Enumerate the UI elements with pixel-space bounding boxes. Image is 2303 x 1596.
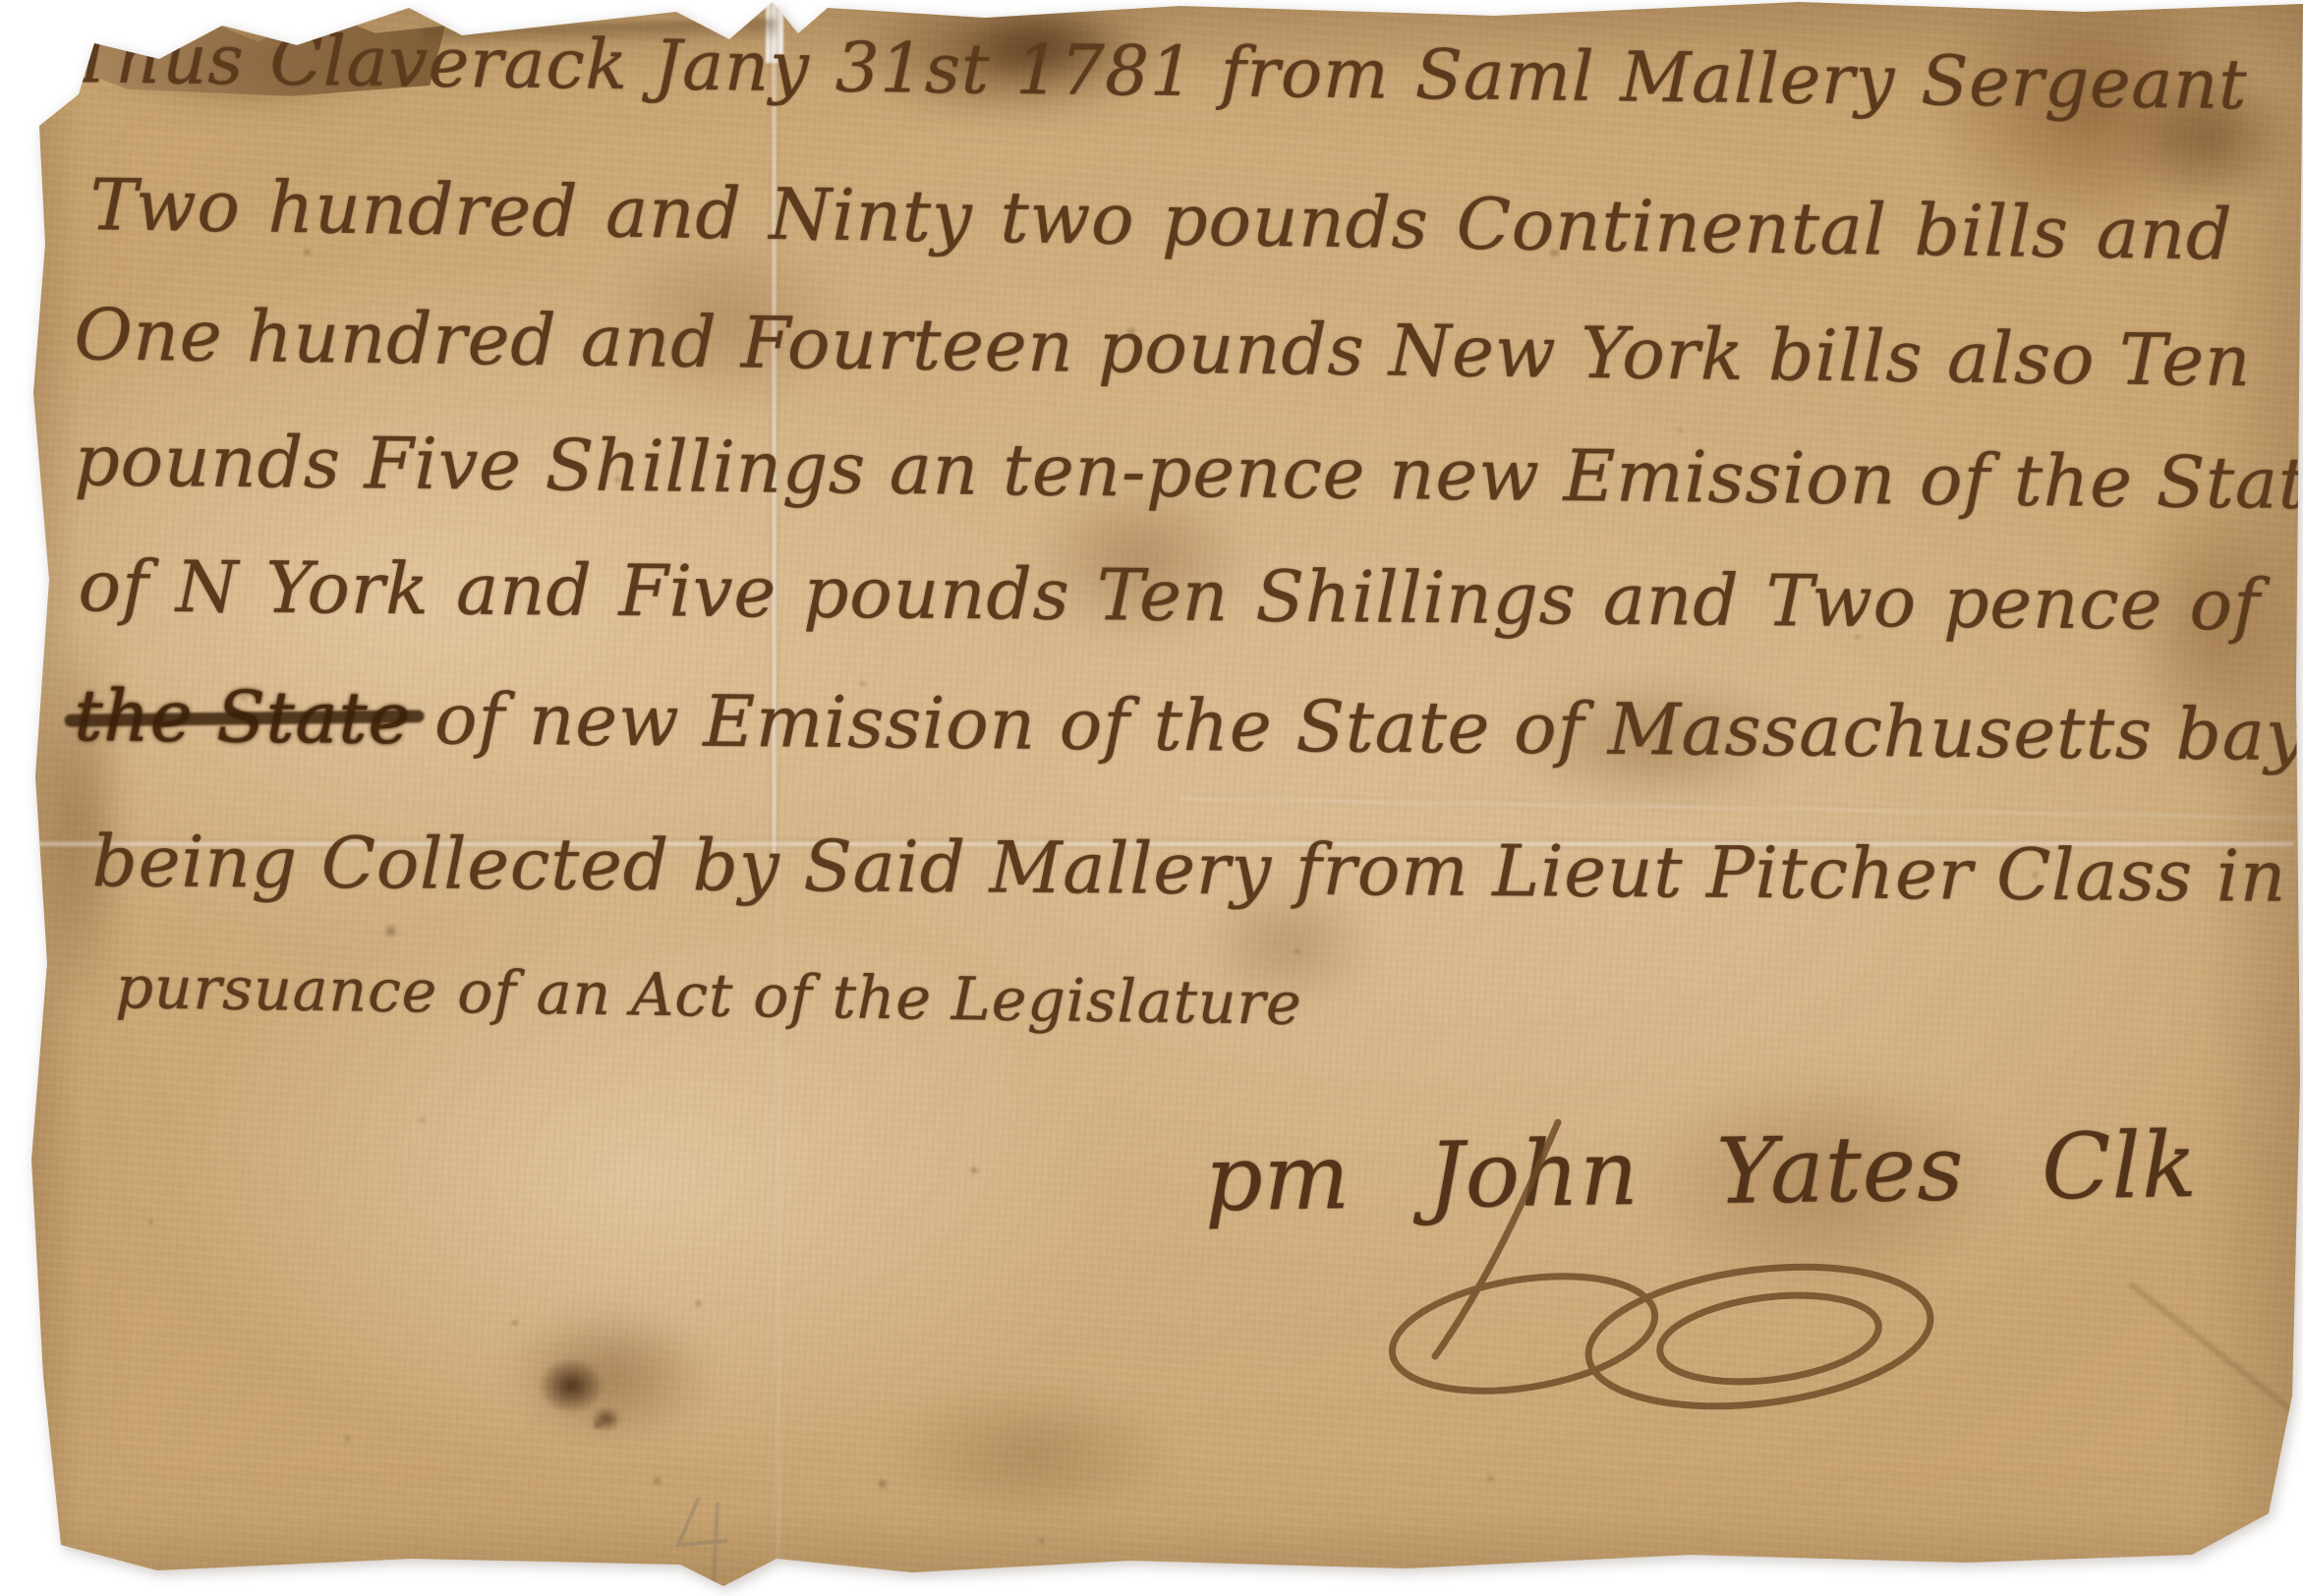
paper-sheet: Thus Claverack Jany 31st 1781 from Saml … xyxy=(0,0,2303,1595)
ink-speckle xyxy=(969,1166,979,1175)
ink-speckle xyxy=(303,248,312,256)
ink-speckle xyxy=(419,1116,426,1123)
ink-speckle xyxy=(1677,427,1684,433)
signature-line: pm John Yates Clk xyxy=(1204,1114,2198,1229)
manuscript-line-2: Two hundred and Ninty two pounds Contine… xyxy=(89,165,2233,274)
struck-out-words: the State xyxy=(74,674,411,760)
ink-speckle xyxy=(511,1319,519,1327)
ink-speckle xyxy=(694,1299,703,1308)
ink-speckle xyxy=(1038,1537,1046,1545)
stain-bottom-left xyxy=(462,1278,757,1474)
ink-speckle xyxy=(877,1478,889,1490)
ink-blot-bottom xyxy=(539,1358,604,1413)
manuscript-line-4: pounds Five Shillings an ten-pence new E… xyxy=(74,421,2262,523)
ink-speckle xyxy=(147,1219,154,1225)
ink-blot-bottom-small xyxy=(592,1407,621,1431)
horizontal-crease-right xyxy=(1180,794,2300,822)
manuscript-line-6: the State of new Emission of the State o… xyxy=(74,676,2222,774)
signature-flourish xyxy=(1376,1240,2005,1427)
manuscript-line-8: pursuance of an Act of the Legislature xyxy=(115,955,1158,1036)
signature-title: Clk xyxy=(2041,1112,2198,1220)
manuscript-line-6-text: of new Emission of the State of Massachu… xyxy=(434,677,2303,776)
manuscript-line-7: being Collected by Said Mallery from Lie… xyxy=(91,822,2191,916)
signature-prefix: pm xyxy=(1204,1124,1352,1231)
manuscript-line-3: One hundred and Fourteen pounds New York… xyxy=(74,295,2252,401)
ink-speckle xyxy=(1294,947,1301,955)
ink-speckle xyxy=(1486,1474,1495,1483)
ink-speckle xyxy=(383,924,398,939)
ink-speckle xyxy=(344,1435,352,1443)
ink-speckle xyxy=(653,1476,662,1486)
stain-bottom-middle xyxy=(826,1356,1238,1553)
manuscript-line-5: of N York and Five pounds Ten Shillings … xyxy=(78,546,2261,645)
diagonal-crease-bottom-right xyxy=(2128,1282,2303,1438)
scanner-background: Thus Claverack Jany 31st 1781 from Saml … xyxy=(0,0,2303,1595)
signature-name: John Yates xyxy=(1427,1115,1965,1228)
manuscript-line-heading: Thus Claverack Jany 31st 1781 from Saml … xyxy=(70,20,2248,123)
ink-speckle xyxy=(592,1419,604,1431)
pencil-mark xyxy=(664,1494,773,1592)
paper-shadow-wrap: Thus Claverack Jany 31st 1781 from Saml … xyxy=(0,0,2303,1595)
